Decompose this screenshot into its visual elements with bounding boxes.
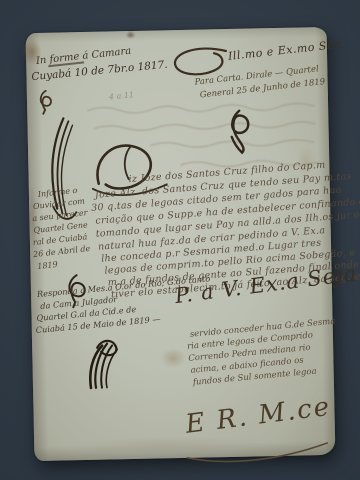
closing-signature: E R. M.ce bbox=[184, 394, 332, 438]
margin-note-line: 1819 bbox=[37, 261, 58, 271]
dispatch-paraph-flourish bbox=[219, 106, 260, 155]
address-line: Ill.mo e Ex.mo Snr. bbox=[227, 39, 343, 62]
photo-background: In forme á Camara Cuyabá 10 de 7br.o 181… bbox=[0, 0, 360, 480]
manuscript-page: In forme á Camara Cuyabá 10 de 7br.o 181… bbox=[26, 27, 336, 461]
paper-stain bbox=[160, 348, 186, 369]
paper-stain bbox=[126, 31, 136, 39]
feather-rubric-flourish bbox=[78, 337, 127, 392]
pencil-note: 4 a 11 bbox=[109, 91, 135, 101]
margin-note-line: 26 de Abril de bbox=[33, 245, 91, 259]
docket-paraph-flourish bbox=[35, 89, 56, 115]
signature-swash-flourish bbox=[182, 437, 333, 466]
